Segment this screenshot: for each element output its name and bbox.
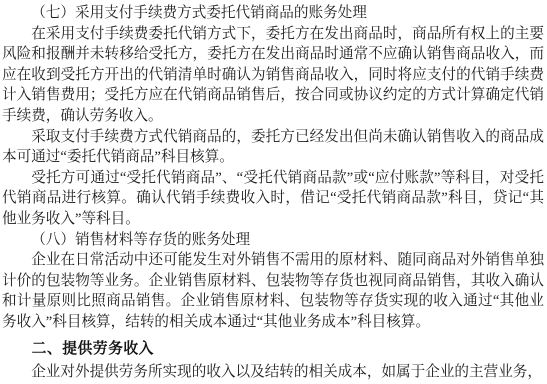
body-paragraph: 企业对外提供劳务所实现的收入以及结转的相关成本，如属于企业的主营业务， <box>2 362 544 383</box>
body-paragraph: 企业在日常活动中还可能发生对外销售不需用的原材料、随同商品对外销售单独计价的包装… <box>2 250 544 332</box>
section-subheading: （七）采用支付手续费方式委托代销商品的账务处理 <box>2 3 544 24</box>
body-paragraph: 在采用支付手续费委托代销方式下，委托方在发出商品时，商品所有权上的主要风险和报酬… <box>2 24 544 127</box>
document-page: （七）采用支付手续费方式委托代销商品的账务处理在采用支付手续费委托代销方式下，委… <box>0 0 547 384</box>
body-paragraph: 受托方可通过“受托代销商品”、“受托代销商品款”或“应付账款”等科目，对受托代销… <box>2 168 544 230</box>
section-subheading: （八）销售材料等存货的账务处理 <box>2 230 544 251</box>
body-paragraph: 采取支付手续费方式代销商品的，委托方已经发出但尚未确认销售收入的商品成本可通过“… <box>2 127 544 168</box>
section-heading: 二、提供劳务收入 <box>2 339 544 360</box>
